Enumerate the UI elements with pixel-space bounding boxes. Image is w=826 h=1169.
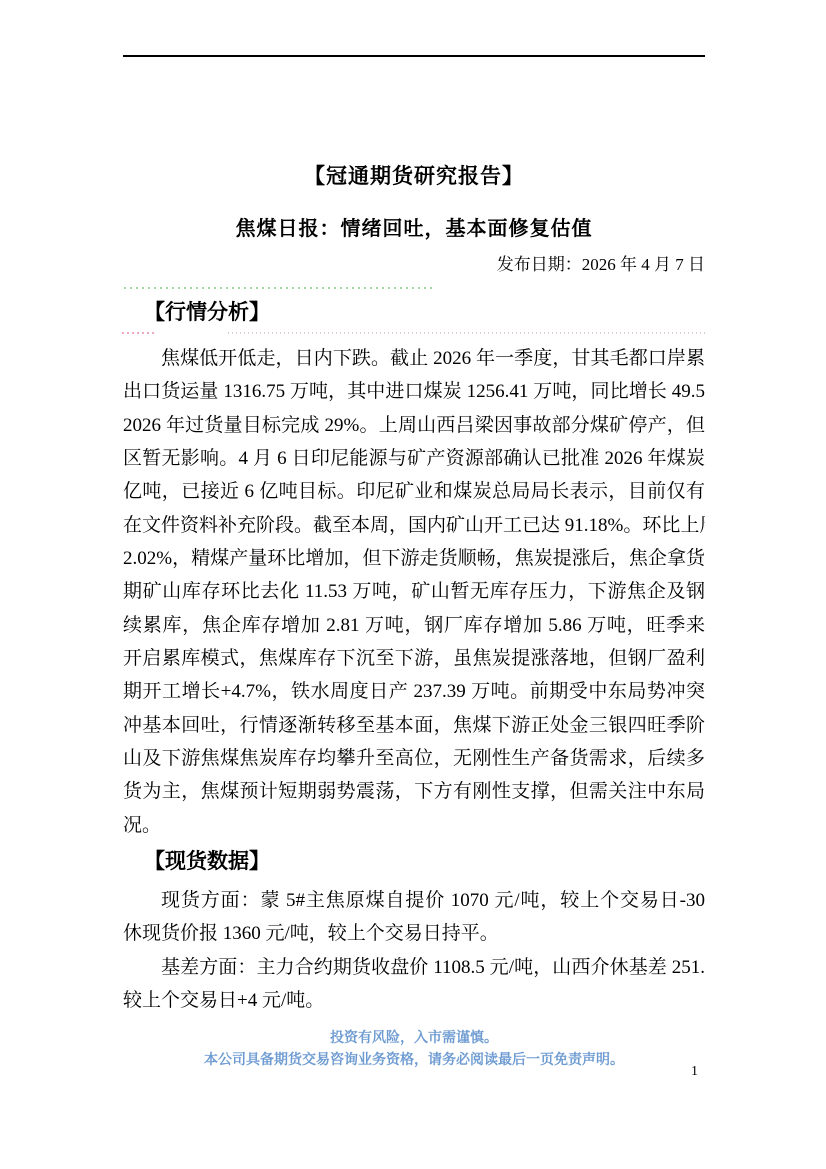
text-line: 在文件资料补充阶段。截至本周，国内矿山开工已达 91.18%。环比上周增 xyxy=(123,509,705,542)
page-number: 1 xyxy=(691,1064,698,1080)
section-heading-spot-data: 【现货数据】 xyxy=(144,845,270,875)
spot-price-paragraph: 现货方面：蒙 5#主焦原煤自提价 1070 元/吨，较上个交易日-30 元/吨，… xyxy=(123,884,705,951)
green-dotted-divider xyxy=(124,287,436,289)
text-line: 休现货价报 1360 元/吨，较上个交易日持平。 xyxy=(123,917,705,950)
publish-date: 发布日期：2026 年 4 月 7 日 xyxy=(123,250,705,275)
footer-disclaimer: 投资有风险，入市需谨慎。 本公司具备期货交易咨询业务资格，请务必阅读最后一页免责… xyxy=(123,1028,705,1072)
text-line: 2.02%，精煤产量环比增加，但下游走货顺畅，焦炭提涨后，焦企拿货积极，本 xyxy=(123,542,705,575)
text-line: 出口货运量 1316.75 万吨，其中进口煤炭 1256.41 万吨，同比增长 … xyxy=(123,375,705,408)
text-line: 2026 年过货量目标完成 29%。上周山西吕梁因事故部分煤矿停产，但对其他地 xyxy=(123,409,705,442)
pink-dotted-mark xyxy=(122,332,156,334)
text-line: 期开工增长+4.7%，铁水周度日产 237.39 万吨。前期受中东局势冲突影响的… xyxy=(123,675,705,708)
basis-paragraph: 基差方面：主力合约期货收盘价 1108.5 元/吨，山西介休基差 251.5 元… xyxy=(123,951,705,1018)
text-line: 现货方面：蒙 5#主焦原煤自提价 1070 元/吨，较上个交易日-30 元/吨，… xyxy=(123,884,705,917)
text-line: 续累库，焦企库存增加 2.81 万吨，钢厂库存增加 5.86 万吨，旺季来临，下… xyxy=(123,609,705,642)
text-line: 开启累库模式，焦煤库存下沉至下游，虽焦炭提涨落地，但钢厂盈利尚可，本 xyxy=(123,642,705,675)
market-analysis-paragraph: 焦煤低开低走，日内下跌。截止 2026 年一季度，甘其毛都口岸累计完成进出口货运… xyxy=(123,342,705,842)
report-series-title: 【冠通期货研究报告】 xyxy=(123,160,705,190)
gray-dotted-mark xyxy=(228,332,706,334)
footer-qualification-note: 本公司具备期货交易咨询业务资格，请务必阅读最后一页免责声明。 xyxy=(123,1050,705,1072)
header-rule xyxy=(123,55,705,57)
report-page: 【冠通期货研究报告】 焦煤日报：情绪回吐，基本面修复估值 发布日期：2026 年… xyxy=(0,0,826,1169)
footer-risk-warning: 投资有风险，入市需谨慎。 xyxy=(123,1028,705,1050)
text-line: 山及下游焦煤焦炭库存均攀升至高位，无刚性生产备货需求，后续多以刚需备 xyxy=(123,742,705,775)
text-line: 区暂无影响。4 月 6 日印尼能源与矿产资源部确认已批准 2026 年煤炭配额 … xyxy=(123,442,705,475)
text-line: 较上个交易日+4 元/吨。 xyxy=(123,984,705,1017)
text-line: 冲基本回吐，行情逐渐转移至基本面，焦煤下游正处金三银四旺季阶段，而矿 xyxy=(123,709,705,742)
text-line: 况。 xyxy=(123,809,705,842)
page-title: 焦煤日报：情绪回吐，基本面修复估值 xyxy=(123,212,705,241)
text-line: 货为主，焦煤预计短期弱势震荡，下方有刚性支撑，但需关注中东局势反复情 xyxy=(123,775,705,808)
text-line: 亿吨，已接近 6 亿吨目标。印尼矿业和煤炭总局局长表示，目前仅有少数企业 xyxy=(123,475,705,508)
section-heading-market-analysis: 【行情分析】 xyxy=(144,296,270,326)
text-line: 焦煤低开低走，日内下跌。截止 2026 年一季度，甘其毛都口岸累计完成进 xyxy=(123,342,705,375)
text-line: 期矿山库存环比去化 11.53 万吨，矿山暂无库存压力，下游焦企及钢厂本周继 xyxy=(123,575,705,608)
text-line: 基差方面：主力合约期货收盘价 1108.5 元/吨，山西介休基差 251.5 元… xyxy=(123,951,705,984)
